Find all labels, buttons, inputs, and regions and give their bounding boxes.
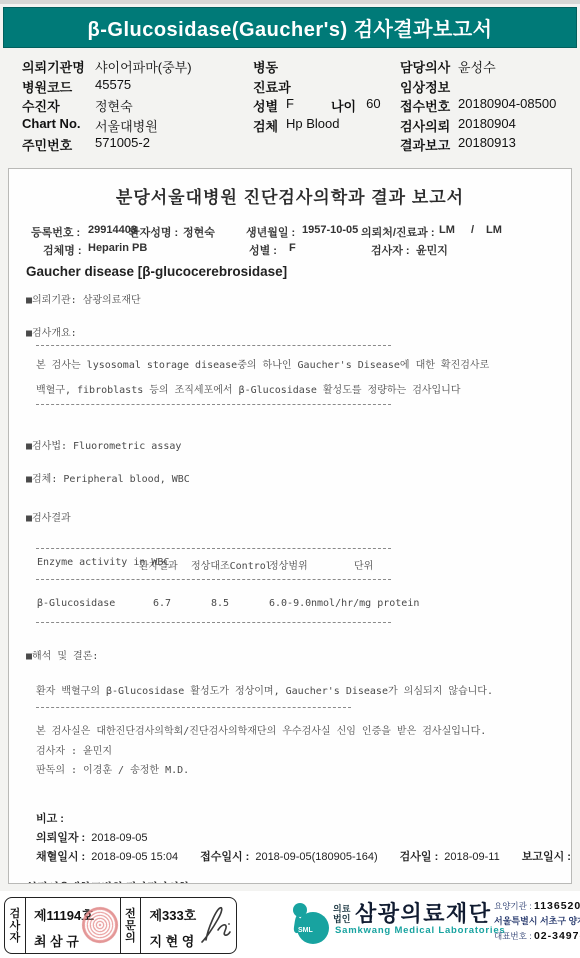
field-doctor: 담당의사윤성수 — [400, 57, 575, 77]
td-normal-range: 6.0-9.0 — [269, 598, 311, 609]
meta-dept-value: LM — [439, 224, 455, 236]
meta-specimen-label: 검체명 : — [43, 242, 82, 258]
test-name-title: Gaucher disease [β-glucocerebrosidase] — [26, 264, 571, 279]
care-org-number: 요양기관 : 11365200 — [494, 899, 580, 914]
meta-name-value: 정현숙 — [183, 224, 215, 240]
examiner-vertical-label: 검사자 — [5, 898, 26, 953]
patient-info-block: 의뢰기관명샤이어파마(중부) 병원코드45575 수진자정현숙 Chart No… — [0, 57, 580, 162]
td-normal-control: 8.5 — [211, 598, 229, 609]
lab-result-page: β-Glucosidase(Gaucher's) 검사결과보고서 의뢰기관명샤이… — [0, 0, 580, 958]
th-unit: 단위 — [354, 557, 373, 572]
meta-dept-label: 의뢰처/진료과 : — [361, 224, 435, 240]
field-receipt-no: 접수번호20180904-08500 — [400, 96, 575, 116]
test-date: 검사일 :2018-09-11 — [400, 848, 500, 864]
divider-dashed — [36, 579, 391, 580]
reader-line: 판독의 : 이경훈 / 송정한 M.D. — [36, 761, 571, 776]
examiner-stamp-cell: 제11194호 최 삼 규 — [26, 898, 121, 953]
sml-org-name: 삼광의료재단 — [355, 897, 492, 928]
report-datetime: 보고일시 :2018-09-13 11:30 — [522, 848, 572, 864]
field-request-org: 의뢰기관명샤이어파마(중부) — [22, 57, 247, 77]
field-department: 진료과 — [253, 77, 398, 97]
divider-dashed — [36, 404, 391, 405]
result-table-row: β-Glucosidase 6.7 8.5 6.0-9.0 nmol/hr/mg… — [9, 598, 571, 610]
field-ward: 병동 — [253, 57, 398, 77]
snuh-hospital-name: 분당서울대학교병원 SEOUL NATIONAL UNIVERSITY BUND… — [265, 882, 355, 884]
report-footer: 분당서울대학교병원 진단검사의학과 생화학유전검사실 031-787-3118 … — [27, 880, 553, 884]
hospital-address: 463 - 707 경기도 성남시 분당구 구미동 300 — [355, 880, 553, 884]
section-overview-label: ■검사개요: — [26, 324, 571, 339]
meta-sex-value: F — [289, 242, 296, 254]
divider-dashed — [36, 707, 351, 708]
patient-info-left-column: 의뢰기관명샤이어파마(중부) 병원코드45575 수진자정현숙 Chart No… — [22, 57, 247, 155]
meta-examiner-label: 검사자 : — [371, 242, 410, 258]
field-hospital-code: 병원코드45575 — [22, 77, 247, 97]
datetime-row: 채혈일시 :2018-09-05 15:04 접수일시 :2018-09-05(… — [36, 848, 571, 864]
report-body: ■의뢰기관: 삼광의료재단 ■검사개요: 본 검사는 lysosomal sto… — [9, 291, 571, 776]
section-specimen: ■검체: Peripheral blood, WBC — [26, 470, 571, 485]
sml-address: 서울특별시 서초구 양재동 9-6 — [494, 914, 580, 929]
signature-scribble — [192, 902, 234, 950]
field-chart-no: Chart No.서울대병원 — [22, 116, 247, 136]
field-sex-age: 성별F나이60 — [253, 96, 398, 116]
samkwang-footer: SML 의료 법인 삼광의료재단 Samkwang Medical Labora… — [287, 894, 577, 956]
field-clinical-info: 임상정보 — [400, 77, 575, 97]
lab-report-document: 분당서울대병원 진단검사의학과 결과 보고서 등록번호 : 29914403 환… — [8, 168, 572, 884]
result-table-header: Enzyme activity in WBC 환자결과 정상대조Control … — [9, 557, 571, 569]
sml-logo-text: SML — [298, 927, 314, 934]
report-title: β-Glucosidase(Gaucher's) 검사결과보고서 — [88, 13, 493, 42]
th-normal-control: 정상대조Control — [191, 557, 272, 572]
sml-phone: 대표번호 : 02-3497-5100 — [494, 929, 580, 944]
inner-report-title: 분당서울대병원 진단검사의학과 결과 보고서 — [9, 183, 571, 208]
date-fields: 비고 : 의뢰일자 :2018-09-05 채혈일시 :2018-09-05 1… — [36, 810, 571, 864]
meta-dept-value2: LM — [486, 224, 502, 236]
report-title-bar: β-Glucosidase(Gaucher's) 검사결과보고서 — [3, 7, 577, 48]
report-meta: 등록번호 : 29914403 환자성명 : 정현숙 생년월일 : 1957-1… — [9, 224, 571, 260]
field-patient-name: 수진자정현숙 — [22, 96, 247, 116]
receipt-datetime: 접수일시 :2018-09-05(180905-164) — [200, 848, 378, 864]
divider-dashed — [36, 622, 391, 623]
meta-examiner-value: 윤민지 — [416, 242, 448, 258]
td-patient-result: 6.7 — [153, 598, 171, 609]
meta-name-label: 환자성명 : — [129, 224, 178, 240]
meta-reg-label: 등록번호 : — [31, 224, 80, 240]
section-result-label: ■검사결과 — [26, 509, 571, 524]
meta-dept-sep: / — [471, 224, 474, 236]
field-request-date: 검사의뢰20180904 — [400, 116, 575, 136]
stamp-bar: 검사자 제11194호 최 삼 규 전문의 제333호 지 현 영 — [0, 891, 580, 958]
sml-logo-icon: SML — [287, 901, 331, 949]
th-normal-range: 정상범위 — [269, 557, 308, 572]
divider-dashed — [36, 548, 391, 549]
examiner-line: 검사자 : 윤민지 — [36, 742, 571, 757]
specialist-vertical-label: 전문의 — [121, 898, 142, 953]
meta-birth-value: 1957-10-05 — [302, 224, 358, 236]
field-resident-no: 주민번호571005-2 — [22, 135, 247, 155]
note-label: 비고 : — [36, 810, 571, 826]
section-request-org: ■의뢰기관: 삼광의료재단 — [26, 291, 571, 306]
accreditation-text: 본 검사실은 대한진단검사의학회/진단검사의학재단의 우수검사실 신임 인증을 … — [36, 722, 571, 737]
td-enzyme: β-Glucosidase — [37, 598, 115, 609]
specialist-stamp-cell: 제333호 지 현 영 — [141, 898, 236, 953]
overview-line2: 백혈구, fibroblasts 등의 조직세포에서 β-Glucosidase… — [36, 381, 571, 396]
th-patient-result: 환자결과 — [139, 557, 178, 572]
certification-stamps: 검사자 제11194호 최 삼 규 전문의 제333호 지 현 영 — [4, 897, 237, 954]
snuh-shield-icon — [253, 882, 262, 884]
request-date-row: 의뢰일자 :2018-09-05 — [36, 829, 571, 845]
meta-birth-label: 생년월일 : — [246, 224, 295, 240]
lab-department-info: 분당서울대학교병원 진단검사의학과 생화학유전검사실 031-787-3118 — [27, 880, 195, 884]
snuh-logo: SNUH 분당서울대학교병원 SEOUL NATIONAL UNIVERSITY… — [195, 880, 354, 884]
td-unit: nmol/hr/mg protein — [311, 598, 419, 609]
field-specimen: 검체Hp Blood — [253, 116, 398, 136]
top-divider — [0, 0, 580, 4]
overview-line1: 본 검사는 lysosomal storage disease중의 하나인 Ga… — [36, 356, 571, 371]
divider-dashed — [36, 345, 391, 346]
collect-datetime: 채혈일시 :2018-09-05 15:04 — [36, 848, 178, 864]
snuh-logo-text: SNUH — [195, 882, 251, 884]
conclusion-label: ■해석 및 결론: — [26, 647, 571, 662]
field-report-date: 결과보고20180913 — [400, 135, 575, 155]
patient-info-middle-column: 병동 진료과 성별F나이60 검체Hp Blood — [253, 57, 398, 135]
meta-sex-label: 성별 : — [249, 242, 277, 258]
sml-org-type: 의료 법인 — [333, 904, 350, 924]
sml-org-english: Samkwang Medical Laboratories — [335, 925, 506, 936]
meta-specimen-value: Heparin PB — [88, 242, 147, 254]
conclusion-text: 환자 백혈구의 β-Glucosidase 활성도가 정상이며, Gaucher… — [36, 682, 571, 697]
patient-info-right-column: 담당의사윤성수 임상정보 접수번호20180904-08500 검사의뢰2018… — [400, 57, 575, 155]
section-method: ■검사법: Fluorometric assay — [26, 437, 571, 452]
sml-contact-info: 요양기관 : 11365200 서울특별시 서초구 양재동 9-6 대표번호 :… — [494, 899, 580, 944]
